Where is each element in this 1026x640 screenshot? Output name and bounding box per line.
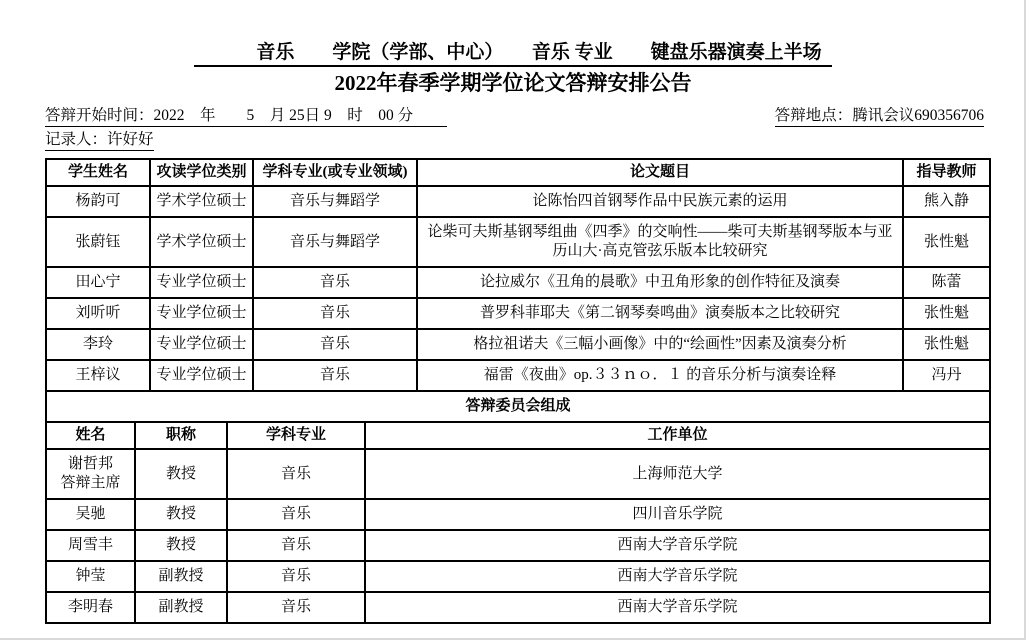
table-row: 王梓议 专业学位硕士 音乐 福雷《夜曲》op.３３ｎｏ．１ 的音乐分析与演奏诠释… bbox=[47, 360, 989, 391]
student-name-cell: 杨韵可 bbox=[47, 186, 150, 217]
member-org-cell: 上海师范大学 bbox=[365, 449, 989, 499]
member-rank-cell: 副教授 bbox=[135, 592, 227, 622]
committee-section-title: 答辩委员会组成 bbox=[47, 392, 989, 423]
advisor-cell: 张性魁 bbox=[903, 217, 989, 267]
table-row: 吴驰 教授 音乐 四川音乐学院 bbox=[47, 499, 989, 530]
table-row: 田心宁 专业学位硕士 音乐 论拉威尔《丑角的晨歌》中丑角形象的创作特征及演奏 陈… bbox=[47, 267, 989, 298]
student-name-cell: 田心宁 bbox=[47, 267, 150, 298]
table-row: 杨韵可 学术学位硕士 音乐与舞蹈学 论陈怡四首钢琴作品中民族元素的运用 熊入静 bbox=[47, 186, 989, 217]
table-row: 刘听听 专业学位硕士 音乐 普罗科菲耶夫《第二钢琴奏鸣曲》演奏版本之比较研究 张… bbox=[47, 298, 989, 329]
student-name-cell: 李玲 bbox=[47, 329, 150, 360]
degree-type-cell: 学术学位硕士 bbox=[150, 186, 253, 217]
advisor-cell: 熊入静 bbox=[903, 186, 989, 217]
degree-type-cell: 学术学位硕士 bbox=[150, 217, 253, 267]
member-rank-cell: 教授 bbox=[135, 499, 227, 530]
title-line1-text: 音乐 学院（学部、中心） 音乐 专业 键盘乐器演奏上半场 bbox=[194, 42, 831, 67]
col-header-major: 学科专业(或专业领域) bbox=[253, 160, 417, 186]
advisor-cell: 冯丹 bbox=[903, 360, 989, 391]
thesis-title-cell: 论拉威尔《丑角的晨歌》中丑角形象的创作特征及演奏 bbox=[417, 267, 903, 298]
col-header-degree-type: 攻读学位类别 bbox=[150, 160, 253, 186]
major-cell: 音乐 bbox=[253, 267, 417, 298]
document-title-line2: 2022年春季学期学位论文答辩安排公告 bbox=[0, 70, 1026, 96]
student-name-cell: 王梓议 bbox=[47, 360, 150, 391]
member-discipline-cell: 音乐 bbox=[227, 530, 365, 561]
thesis-title-cell: 论陈怡四首钢琴作品中民族元素的运用 bbox=[417, 186, 903, 217]
table-row: 钟莹 副教授 音乐 西南大学音乐学院 bbox=[47, 561, 989, 592]
member-discipline-cell: 音乐 bbox=[227, 561, 365, 592]
member-name-cell: 李明春 bbox=[47, 592, 135, 622]
member-name-cell: 周雪丰 bbox=[47, 530, 135, 561]
tables-container: 学生姓名 攻读学位类别 学科专业(或专业领域) 论文题目 指导教师 杨韵可 学术… bbox=[45, 158, 991, 624]
table-row: 周雪丰 教授 音乐 西南大学音乐学院 bbox=[47, 530, 989, 561]
table-row: 李玲 专业学位硕士 音乐 格拉祖诺夫《三幅小画像》中的“绘画性”因素及演奏分析 … bbox=[47, 329, 989, 360]
col-header-advisor: 指导教师 bbox=[903, 160, 989, 186]
member-rank-cell: 教授 bbox=[135, 530, 227, 561]
degree-type-cell: 专业学位硕士 bbox=[150, 298, 253, 329]
col-header-name: 姓名 bbox=[47, 423, 135, 449]
document-title-line1: 音乐 学院（学部、中心） 音乐 专业 键盘乐器演奏上半场 bbox=[0, 0, 1026, 67]
member-rank-cell: 副教授 bbox=[135, 561, 227, 592]
member-name-cell: 吴驰 bbox=[47, 499, 135, 530]
defense-location: 答辩地点：腾讯会议690356706 bbox=[775, 106, 984, 127]
table-row: 李明春 副教授 音乐 西南大学音乐学院 bbox=[47, 592, 989, 622]
col-header-work-unit: 工作单位 bbox=[365, 423, 989, 449]
major-cell: 音乐 bbox=[253, 329, 417, 360]
table-row: 谢哲邦 答辩主席 教授 音乐 上海师范大学 bbox=[47, 449, 989, 499]
advisor-cell: 张性魁 bbox=[903, 329, 989, 360]
thesis-title-cell: 论柴可夫斯基钢琴组曲《四季》的交响性——柴可夫斯基钢琴版本与亚历山大·高克管弦乐… bbox=[417, 217, 903, 267]
student-name-cell: 张蔚钰 bbox=[47, 217, 150, 267]
col-header-student-name: 学生姓名 bbox=[47, 160, 150, 186]
member-rank-cell: 教授 bbox=[135, 449, 227, 499]
member-name-cell: 谢哲邦 答辩主席 bbox=[47, 449, 135, 499]
degree-type-cell: 专业学位硕士 bbox=[150, 360, 253, 391]
member-org-cell: 西南大学音乐学院 bbox=[365, 592, 989, 622]
major-cell: 音乐与舞蹈学 bbox=[253, 186, 417, 217]
member-name-cell: 钟莹 bbox=[47, 561, 135, 592]
member-discipline-cell: 音乐 bbox=[227, 592, 365, 622]
recorder-line: 记录人：许好好 bbox=[45, 130, 981, 151]
member-discipline-cell: 音乐 bbox=[227, 449, 365, 499]
major-cell: 音乐与舞蹈学 bbox=[253, 217, 417, 267]
member-org-cell: 西南大学音乐学院 bbox=[365, 561, 989, 592]
advisor-cell: 陈蕾 bbox=[903, 267, 989, 298]
degree-type-cell: 专业学位硕士 bbox=[150, 329, 253, 360]
major-cell: 音乐 bbox=[253, 298, 417, 329]
advisor-cell: 张性魁 bbox=[903, 298, 989, 329]
announcement-document: 音乐 学院（学部、中心） 音乐 专业 键盘乐器演奏上半场 2022年春季学期学位… bbox=[0, 0, 1026, 640]
committee-table-header-row: 姓名 职称 学科专业 工作单位 bbox=[47, 423, 989, 449]
table-row: 张蔚钰 学术学位硕士 音乐与舞蹈学 论柴可夫斯基钢琴组曲《四季》的交响性——柴可… bbox=[47, 217, 989, 267]
thesis-title-cell: 福雷《夜曲》op.３３ｎｏ．１ 的音乐分析与演奏诠释 bbox=[417, 360, 903, 391]
major-cell: 音乐 bbox=[253, 360, 417, 391]
thesis-title-cell: 格拉祖诺夫《三幅小画像》中的“绘画性”因素及演奏分析 bbox=[417, 329, 903, 360]
member-org-cell: 四川音乐学院 bbox=[365, 499, 989, 530]
defense-table-header-row: 学生姓名 攻读学位类别 学科专业(或专业领域) 论文题目 指导教师 bbox=[47, 160, 989, 186]
col-header-discipline: 学科专业 bbox=[227, 423, 365, 449]
col-header-thesis-title: 论文题目 bbox=[417, 160, 903, 186]
col-header-rank: 职称 bbox=[135, 423, 227, 449]
member-org-cell: 西南大学音乐学院 bbox=[365, 530, 989, 561]
member-discipline-cell: 音乐 bbox=[227, 499, 365, 530]
thesis-title-cell: 普罗科菲耶夫《第二钢琴奏鸣曲》演奏版本之比较研究 bbox=[417, 298, 903, 329]
committee-table: 姓名 职称 学科专业 工作单位 谢哲邦 答辩主席 教授 音乐 上海师范大学 吴驰… bbox=[47, 423, 989, 622]
meta-row: 答辩开始时间：2022 年 5 月 25日 9 时 00 分 答辩地点：腾讯会议… bbox=[45, 106, 984, 127]
student-name-cell: 刘听听 bbox=[47, 298, 150, 329]
degree-type-cell: 专业学位硕士 bbox=[150, 267, 253, 298]
defense-schedule-table: 学生姓名 攻读学位类别 学科专业(或专业领域) 论文题目 指导教师 杨韵可 学术… bbox=[47, 160, 989, 392]
defense-start-time: 答辩开始时间：2022 年 5 月 25日 9 时 00 分 bbox=[45, 106, 447, 127]
